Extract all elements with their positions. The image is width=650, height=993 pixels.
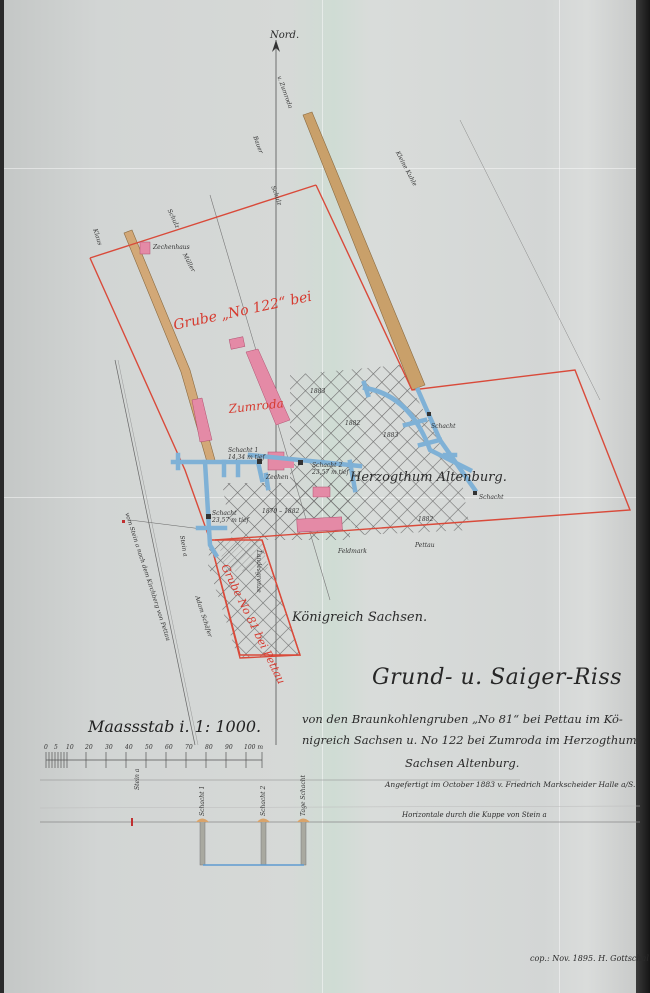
section-shaft-3-label: Tage Schacht [300, 775, 307, 816]
scale-tick: 80 [205, 744, 213, 751]
section-stone-label: Stein a [134, 769, 141, 790]
scale-tick: 100 m [244, 744, 263, 751]
shaft-3-depth: 23,57 m tief [212, 517, 249, 524]
zechen-label: Zechen [266, 474, 288, 481]
map-subtitle-line-2: nigreich Sachsen u. No 122 bei Zumroda i… [302, 733, 637, 747]
map-drawing [0, 0, 650, 993]
building-long [246, 349, 290, 425]
signature: cop.: Nov. 1895. H. Gottschal [530, 954, 649, 963]
duchy-label: Herzogthum Altenburg. [350, 470, 507, 485]
shaft-label-right: Schacht [479, 494, 504, 501]
building-lower [297, 517, 343, 532]
shaft-2-label: Schacht 2 [312, 462, 342, 469]
scale-tick: 10 [66, 744, 74, 751]
building [229, 337, 245, 350]
prepared-note: Angefertigt im October 1883 v. Friedrich… [385, 780, 635, 789]
scale-tick: 30 [105, 744, 113, 751]
road-north [303, 112, 425, 390]
year-label: 1882 [418, 516, 433, 523]
map-subtitle-line-1: von den Braunkohlengruben „No 81“ bei Pe… [302, 712, 623, 726]
stone-a-section-marker [131, 818, 133, 826]
scale-tick: 50 [145, 744, 153, 751]
scale-label: Maassstab i. 1: 1000. [88, 717, 261, 736]
section-caption: Horizontale durch die Kuppe von Stein a [402, 811, 547, 819]
shaft-2-depth: 23,57 m tief [312, 469, 349, 476]
map-subtitle-line-3: Sachsen Altenburg. [405, 756, 519, 770]
scale-tick: 5 [54, 744, 58, 751]
scale-tick: 20 [85, 744, 93, 751]
building-zechenhaus [140, 242, 150, 254]
shaft-1-depth: 14,34 m tief [228, 454, 265, 461]
year-label: 1883 [310, 388, 325, 395]
section-shaft-1-label: Schacht 1 [199, 786, 206, 816]
scale-tick: 90 [225, 744, 233, 751]
border-label: Landesgrenze [255, 550, 262, 593]
scale-bar [46, 752, 262, 768]
scale-tick-labels: 0 5 10 20 30 40 50 60 70 80 90 100 m [44, 744, 274, 752]
shaft-label-right: Schacht [431, 423, 456, 430]
shaft-3-label: Schacht [212, 510, 237, 517]
vertical-section [40, 806, 640, 865]
house-label: Zechenhaus [153, 244, 190, 251]
feldmark-label: Feldmark [338, 548, 367, 555]
section-shaft-2-label: Schacht 2 [260, 786, 267, 816]
map-title: Grund- u. Saiger-Riss [372, 665, 622, 690]
scale-tick: 70 [185, 744, 193, 751]
years-range-label: 1870 – 1882 [262, 508, 299, 515]
year-label: 1882 [345, 420, 360, 427]
scale-tick: 60 [165, 744, 173, 751]
year-label: 1883 [383, 432, 398, 439]
north-label: Nord. [270, 30, 299, 41]
shaft-1-label: Schacht 1 [228, 447, 258, 454]
kingdom-label: Königreich Sachsen. [292, 610, 427, 625]
scale-tick: 40 [125, 744, 133, 751]
pettau-label: Pettau [415, 542, 435, 549]
scale-tick: 0 [44, 744, 48, 751]
